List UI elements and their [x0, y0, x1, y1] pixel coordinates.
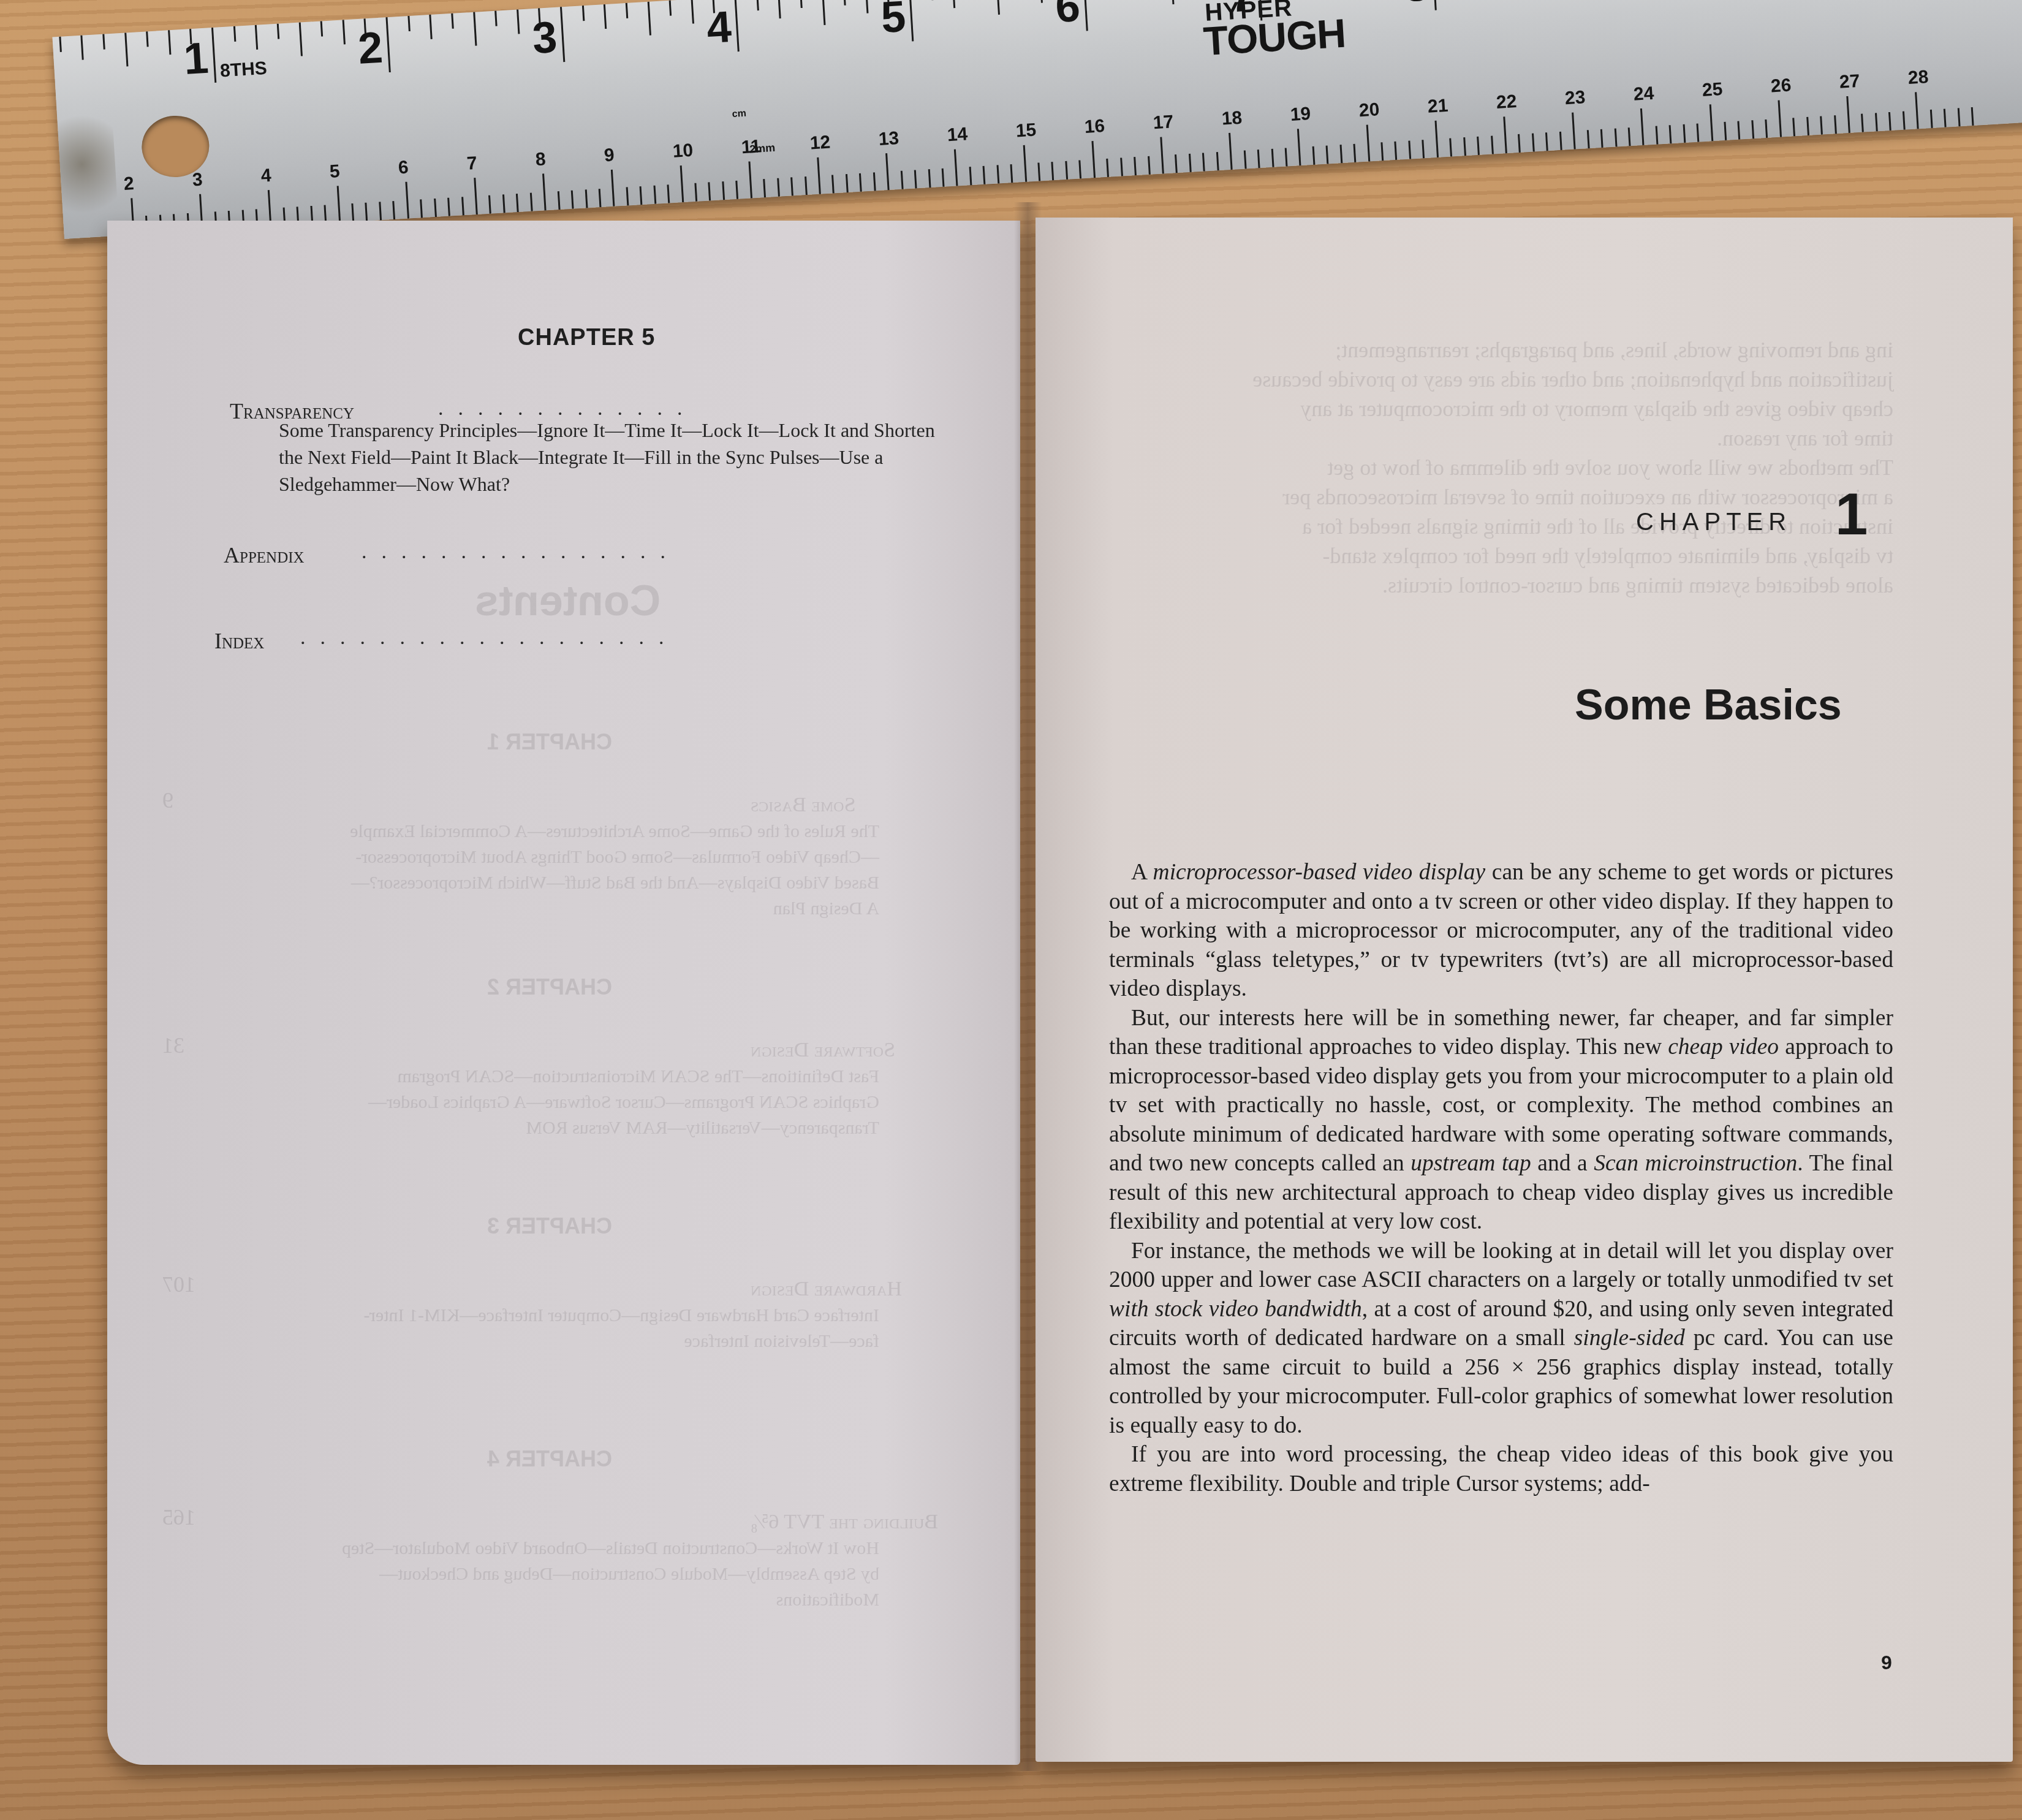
ruler-cm-tick — [680, 165, 684, 202]
ruler-fraction-tick — [626, 3, 628, 18]
ruler-cm-tick — [1572, 113, 1576, 150]
ruler-mm-tick — [1628, 127, 1631, 146]
ruler-fraction-tick — [669, 1, 672, 16]
left-page: ContentsCHAPTER 19Some BasicsThe Rules o… — [107, 221, 1020, 1765]
ruler-fraction-tick — [604, 4, 607, 29]
ruler-mm-tick — [942, 169, 945, 187]
ruler-cm-number: 16 — [1084, 116, 1105, 138]
ruler-mm-tick — [983, 166, 986, 184]
ruler-mm-tick — [873, 172, 876, 191]
text-run: A — [1131, 860, 1153, 885]
ruler-cm-tick — [1778, 100, 1782, 137]
ruler-mm-tick — [1888, 112, 1891, 131]
ruler-mm-tick — [928, 169, 931, 188]
ruler-cm-tick — [1709, 104, 1713, 141]
ruler-brand-line2: TOUGH — [1202, 9, 1347, 64]
ruler-mm-tick — [1312, 146, 1315, 165]
ruler-cm-number: 7 — [466, 153, 478, 175]
ruler-mm-tick — [1600, 129, 1604, 148]
ruler-fraction-tick — [124, 32, 128, 66]
bleed-through-line: tv display, and eliminate completely the… — [1109, 543, 1893, 569]
ruler-mm-tick — [914, 170, 917, 188]
ruler-fraction-tick — [756, 0, 759, 10]
ruler-mm-tick — [1463, 137, 1466, 156]
ruler-mm-tick — [805, 176, 808, 195]
bleed-through-line: ing and removing words, lines, and parag… — [1109, 337, 1893, 363]
ruler-mm-tick — [1614, 129, 1617, 147]
ruler-mm-tick — [1449, 138, 1452, 156]
ruler-mm-tick — [1765, 119, 1768, 138]
ruler-cm-tick — [542, 173, 547, 210]
ruler-mm-tick — [502, 194, 505, 213]
toc-entry-title: Index — [214, 628, 264, 654]
ruler-mm-tick — [557, 191, 560, 210]
bleed-through-entry-title: Hardware Design — [751, 1278, 902, 1301]
ruler-mm-tick — [1903, 112, 1906, 130]
ruler-fraction-tick — [430, 15, 433, 39]
ruler-fraction-tick — [189, 29, 192, 44]
ruler-mm-tick — [1175, 154, 1178, 173]
ruler-cm-number: 2 — [123, 173, 135, 195]
ruler-mm-tick — [1134, 157, 1137, 175]
ruler-cm-tick — [1915, 92, 1919, 129]
ruler-mm-tick — [1257, 150, 1260, 168]
ruler-mm-tick — [1532, 133, 1535, 151]
ruler-cm-tick — [1640, 108, 1645, 145]
ruler-mm-tick — [1834, 115, 1837, 134]
body-paragraph: For instance, the methods we will be loo… — [1109, 1237, 1893, 1441]
ruler-mm-tick — [571, 191, 574, 209]
emphasized-term: upstream tap — [1410, 1151, 1531, 1176]
emphasized-term: with stock video bandwidth — [1109, 1297, 1362, 1322]
ruler-inch-tick — [1083, 0, 1088, 31]
emphasized-term: microprocessor-based video display — [1153, 860, 1486, 885]
bleed-through-line: Graphics SCAN Programs—Cursor Software—A… — [187, 1092, 879, 1113]
ruler-fraction-tick — [778, 0, 781, 18]
bleed-through-line: How It Works—Construction Details—Onboar… — [187, 1538, 879, 1559]
ruler-mm-tick — [1861, 114, 1864, 132]
ruler-mm-tick — [530, 193, 533, 211]
bleed-through-entry-title: Some Basics — [751, 794, 855, 817]
ruler-mm-tick — [393, 201, 396, 219]
ruler-inch-tick — [734, 0, 739, 51]
ruler-inch-tick — [385, 17, 390, 72]
bleed-through-line: by Step Assembly—Module Construction—Deb… — [187, 1564, 879, 1585]
ruler-mm-tick — [1051, 162, 1055, 180]
ruler-cm-tick — [1229, 133, 1233, 170]
ruler-fraction-tick — [59, 37, 61, 52]
ruler-inch-tick — [909, 0, 914, 41]
ruler-mm-tick — [1724, 122, 1727, 140]
ruler-cm-number: 5 — [329, 161, 341, 183]
emphasized-term: cheap video — [1668, 1034, 1779, 1060]
ruler-cm-number: 26 — [1770, 75, 1792, 97]
ruler-cm-tick — [1366, 125, 1370, 162]
ruler-fraction-tick — [451, 13, 453, 29]
bleed-through-line: Fast Definitions—The SCAN Microinstructi… — [187, 1066, 879, 1087]
ruler-cm-tick — [1503, 116, 1507, 153]
ruler-mm-tick — [1971, 107, 1974, 126]
bleed-through-entry-title: Building the TVT 6⁵⁄₈ — [751, 1511, 938, 1534]
ruler-fraction-tick — [320, 21, 323, 36]
ruler-mm-tick — [1271, 149, 1274, 167]
ruler-mm-tick — [1957, 108, 1960, 126]
ruler-cm-number: 22 — [1496, 91, 1517, 113]
chapter-title: Some Basics — [1575, 680, 1842, 729]
ruler-cm-tick — [1023, 145, 1027, 182]
ruler-fraction-tick — [233, 26, 236, 42]
ruler-cm-number: 25 — [1702, 79, 1723, 101]
ruler-fraction-tick — [647, 2, 651, 36]
ruler-mm-tick — [722, 181, 725, 200]
ruler-cm-tick — [1160, 137, 1164, 173]
ruler-fraction-tick — [691, 0, 694, 24]
ruler-mm-tick — [1010, 164, 1013, 183]
ruler-mm-tick — [1408, 140, 1411, 159]
body-paragraph: A microprocessor-based video display can… — [1109, 858, 1893, 1004]
toc-entry-description: Some Transparency Principles—Ignore It—T… — [279, 417, 953, 498]
ruler-mm-tick — [1120, 157, 1123, 176]
ruler-inch-number: 8 — [1403, 0, 1430, 12]
toc-entry-title: Appendix — [224, 542, 305, 568]
ruler-mm-tick — [1792, 118, 1795, 136]
emphasized-term: Scan microinstruction — [1594, 1151, 1797, 1176]
ruler-mm-tick — [1929, 110, 1933, 128]
ruler-mm-tick — [1243, 150, 1246, 169]
bleed-through-line: A Design Plan — [187, 898, 879, 919]
ruler-mm-tick — [1669, 125, 1672, 143]
ruler-mm-tick — [447, 198, 450, 216]
bleed-through-title: Contents — [475, 576, 661, 625]
body-paragraph: If you are into word processing, the che… — [1109, 1440, 1893, 1498]
ruler-inch-number: 4 — [705, 2, 733, 53]
ruler-inch-number: 2 — [357, 23, 384, 74]
ruler-cm-number: 6 — [398, 157, 409, 179]
ruler-fraction-tick — [865, 0, 868, 13]
ruler-mm-tick — [1395, 142, 1398, 160]
bleed-through-chapter-heading: CHAPTER 2 — [487, 974, 612, 1000]
ruler-cm-tick — [405, 182, 409, 219]
ruler-cm-tick — [1091, 141, 1096, 178]
bleed-through-line: face—Television Interface — [187, 1331, 879, 1352]
ruler-mm-tick — [1106, 159, 1109, 177]
bleed-through-chapter-heading: CHAPTER 1 — [487, 729, 612, 755]
ruler-cm-number: 3 — [192, 169, 203, 191]
ruler-mm-tick — [640, 186, 643, 205]
bleed-through-entry-title: Software Design — [751, 1039, 895, 1062]
ruler-mm-tick — [626, 187, 629, 205]
ruler-mm-tick — [420, 199, 423, 218]
ruler-fraction-tick — [996, 0, 999, 15]
ruler-mm-tick — [1655, 126, 1658, 145]
ruler-fraction-tick — [102, 34, 105, 50]
bleed-through-page: 165 — [162, 1504, 195, 1530]
ruler-cm-number: 9 — [604, 145, 615, 167]
ruler-mm-tick — [969, 167, 972, 185]
ruler-cm-number: 14 — [947, 124, 968, 146]
ruler-fraction-tick — [1039, 0, 1042, 3]
ruler-mm-tick — [1189, 154, 1192, 172]
ruler-fraction-tick — [473, 12, 477, 46]
ruler-cm-number: 23 — [1564, 87, 1586, 109]
bleed-through-page: 107 — [162, 1272, 195, 1297]
ruler-mm-tick — [1037, 162, 1040, 181]
ruler-mm-tick — [1820, 116, 1823, 135]
ruler-cm-number: 17 — [1153, 112, 1174, 134]
ruler-fraction-tick — [517, 9, 520, 34]
ruler-inch-number: 1 — [183, 33, 210, 85]
ruler-mm-tick — [694, 183, 697, 202]
bleed-through-line: Based Video Displays—And the Bad Stuff—W… — [187, 873, 879, 893]
ruler-mm-tick — [1477, 137, 1480, 155]
ruler-mm-tick — [900, 171, 903, 189]
ruler-mm-tick — [379, 202, 382, 220]
chapter-body-text: A microprocessor-based video display can… — [1109, 858, 1893, 1498]
toc-leader-dots: ................... — [300, 626, 679, 650]
ruler-fraction-tick — [800, 0, 802, 8]
ruler-cm-tick — [1297, 129, 1301, 165]
ruler-cm-number: 21 — [1427, 96, 1448, 118]
ruler-fraction-tick — [713, 0, 715, 13]
ruler-mm-tick — [1806, 117, 1809, 135]
ruler-fraction-tick — [494, 11, 497, 26]
bleed-through-line: Modifications — [187, 1590, 879, 1610]
ruler-mm-tick — [1559, 132, 1562, 150]
ruler-mm-tick — [461, 197, 464, 215]
text-run: and a — [1531, 1151, 1594, 1176]
ruler-mm-tick — [777, 178, 780, 197]
ruler-mm-tick — [1079, 160, 1082, 178]
ruler-inch-number: 5 — [880, 0, 907, 43]
ruler-mm-tick — [1491, 135, 1494, 154]
ruler-cm-number: 12 — [809, 132, 831, 154]
ruler-mm-tick — [996, 165, 999, 183]
bleed-through-line: The Rules of the Game—Some Architectures… — [187, 821, 879, 842]
ruler-cm-number: 8 — [535, 149, 547, 170]
ruler-cm-tick — [885, 153, 890, 190]
ruler-mm-tick — [1148, 156, 1151, 175]
ruler-cm-number: 27 — [1839, 71, 1860, 93]
ruler-cm-tick — [954, 149, 958, 186]
ruler-mm-tick — [516, 194, 519, 212]
chapter-label: CHAPTER — [1636, 509, 1792, 536]
ruler-fraction-tick — [538, 8, 540, 23]
ruler-cm-tick — [1846, 96, 1850, 133]
ruler-cm-number: 19 — [1290, 104, 1311, 126]
ruler-fraction-tick — [81, 36, 84, 60]
ruler-mm-tick — [351, 203, 354, 222]
ruler-stain — [56, 101, 119, 227]
ruler-mm-tick — [1875, 113, 1878, 131]
right-page: ing and removing words, lines, and parag… — [1036, 218, 2013, 1762]
ruler-mm-tick — [653, 186, 656, 204]
bleed-through-line: The methods we will show you solve the d… — [1109, 455, 1893, 480]
ruler-mm-tick — [1751, 120, 1754, 138]
ruler-mm-tick — [667, 184, 670, 203]
bleed-through-line: alone dedicated system timing and cursor… — [1109, 572, 1893, 598]
ruler-mm-tick — [846, 174, 849, 192]
ruler-inch-tick — [211, 28, 216, 83]
ruler-mm-tick — [1422, 140, 1425, 158]
page-number: 9 — [1881, 1651, 1892, 1674]
bleed-through-chapter-heading: CHAPTER 3 — [487, 1213, 612, 1239]
ruler-fraction-tick — [298, 23, 302, 56]
bleed-through-page: 31 — [162, 1033, 184, 1058]
bleed-through-line: Transparency—Versatility—RAM Versus ROM — [187, 1118, 879, 1139]
ruler-eighths-label: 8THS — [219, 58, 268, 82]
ruler-cm-number: 18 — [1221, 108, 1243, 130]
ruler-mm-tick — [708, 182, 711, 200]
ruler-inch-tick — [560, 7, 565, 62]
ruler-mm-tick — [1339, 145, 1342, 163]
ruler-mm-tick — [365, 203, 368, 221]
ruler-fraction-tick — [843, 0, 846, 6]
ruler-fraction-tick — [952, 0, 955, 8]
ruler-fraction-tick — [1170, 0, 1174, 4]
bleed-through-page: 9 — [162, 787, 173, 813]
ruler-cm-tick — [474, 178, 478, 214]
ruler-cm-number: 24 — [1633, 83, 1654, 105]
bleed-through-line: —Cheap Video Formulas—Some Good Things A… — [187, 847, 879, 868]
ruler-mm-tick — [434, 199, 437, 217]
ruler-mm-tick — [1683, 124, 1686, 143]
ruler-inch-number: 7 — [1229, 0, 1256, 22]
toc-chapter-heading: CHAPTER 5 — [518, 325, 655, 351]
ruler-cm-number: 20 — [1358, 99, 1380, 121]
ruler-fraction-tick — [342, 20, 345, 44]
ruler-mm-tick — [1216, 152, 1219, 170]
ruler-mm-tick — [1354, 144, 1357, 162]
ruler-mm-tick — [763, 179, 766, 197]
chapter-number: 1 — [1835, 481, 1868, 548]
ruler-inch-tick — [1431, 0, 1436, 10]
bleed-through-line: Interface Card Hardware Design—Computer … — [187, 1305, 879, 1326]
ruler-cm-number: 28 — [1907, 67, 1929, 89]
ruler-mm-tick — [1326, 145, 1329, 164]
ruler-inch-number: 6 — [1054, 0, 1081, 32]
bleed-through-line: justification and hyphenation; and other… — [1109, 366, 1893, 392]
ruler-mm-tick — [1380, 142, 1384, 161]
ruler-fraction-tick — [168, 30, 171, 55]
ruler-fraction-tick — [582, 6, 585, 21]
bleed-through-line: time for any reason. — [1109, 425, 1893, 451]
ruler-mm-tick — [599, 189, 602, 207]
ruler-cm-tick — [748, 161, 752, 198]
ruler-mm-tick — [585, 189, 588, 208]
ruler-cm-tick — [1434, 121, 1439, 157]
ruler-cm-tick — [336, 186, 341, 222]
ruler-mm-tick — [1697, 124, 1700, 142]
ruler-fraction-tick — [364, 18, 366, 34]
ruler-cm-number: 13 — [878, 128, 899, 150]
ruler-cm-number: 15 — [1015, 120, 1037, 142]
ruler-mm-tick — [1518, 134, 1521, 153]
ruler-mm-tick — [1545, 132, 1548, 151]
ruler-fraction-tick — [887, 0, 889, 3]
ruler-cm-tick — [611, 170, 615, 207]
ruler-fraction-tick — [146, 31, 148, 47]
ruler-fraction-tick — [407, 16, 410, 31]
ruler-fraction-tick — [277, 24, 279, 39]
ruler-cm-number: 4 — [260, 165, 272, 187]
ruler-cm-unit-label: cm — [732, 108, 746, 120]
ruler-mm-tick — [831, 175, 835, 193]
ruler-mm-tick — [1738, 121, 1741, 140]
text-run: For instance, the methods we will be loo… — [1109, 1238, 1893, 1293]
bleed-through-line: a microprocessor with an execution time … — [1109, 484, 1893, 510]
ruler-mm-tick — [1065, 161, 1068, 180]
ruler-cm-number: 10 — [672, 140, 694, 162]
ruler-mm-tick — [488, 195, 491, 214]
ruler-mm-tick — [1202, 153, 1205, 171]
ruler-mm-tick — [1944, 109, 1947, 127]
ruler-mm-tick — [736, 181, 739, 199]
ruler-inch-number: 3 — [531, 12, 559, 64]
text-run: If you are into word processing, the che… — [1109, 1442, 1893, 1496]
ruler-cm-tick — [817, 157, 821, 194]
ruler-mm-tick — [790, 177, 793, 195]
ruler-mm-tick — [1285, 148, 1288, 166]
ruler-cm-number: 11 — [741, 136, 762, 158]
emphasized-term: single-sided — [1574, 1325, 1685, 1351]
bleed-through-line: cheap video gives the display memory to … — [1109, 396, 1893, 422]
ruler-mm-tick — [1586, 130, 1589, 148]
ruler-fraction-tick — [822, 0, 825, 25]
ruler-fraction-tick — [255, 25, 258, 50]
body-paragraph: But, our interests here will be in somet… — [1109, 1004, 1893, 1237]
ruler-mm-tick — [859, 173, 862, 192]
toc-leader-dots: ................ — [362, 540, 680, 564]
bleed-through-chapter-heading: CHAPTER 4 — [487, 1446, 612, 1472]
